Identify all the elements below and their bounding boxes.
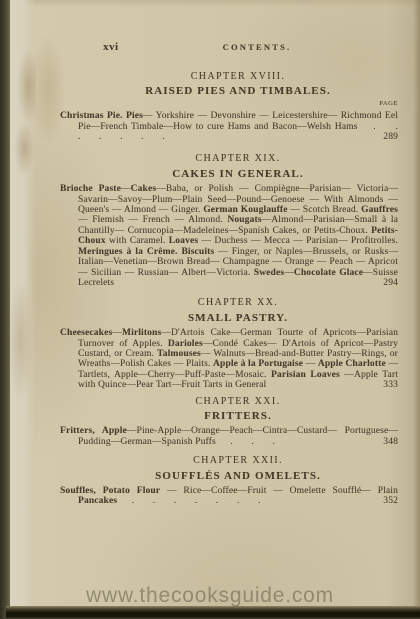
scan-left-border [0,0,10,619]
chapter-heading: CHAPTER XVIII. [60,72,398,82]
folio-number: xvi [103,42,119,52]
chapter-entry: Christmas Pie. Pies— Yorkshire — Devonsh… [60,111,398,142]
chapter-title: RAISED PIES AND TIMBALES. [60,86,398,96]
chapter-entry: Fritters, Apple—Pine-Apple—Orange—Peach—… [60,426,398,447]
scan-bottom-edge [6,606,420,619]
chapter-section-xx: CHAPTER XX. SMALL PASTRY. Cheesecakes—Mi… [60,298,398,390]
chapter-heading: CHAPTER XX. [60,298,398,308]
scan-right-shadow [413,0,420,619]
chapter-title: SMALL PASTRY. [60,313,398,323]
entry-text: Christmas Pie. Pies— Yorkshire — Devonsh… [60,111,398,131]
chapter-section-xix: CHAPTER XIX. CAKES IN GENERAL. Brioche P… [60,154,398,288]
entry-page-number: 289 [383,132,398,142]
chapter-heading: CHAPTER XIX. [60,154,398,164]
chapter-section-xviii: CHAPTER XVIII. RAISED PIES AND TIMBALES.… [60,72,398,142]
entry-page-number: 352 [383,496,398,506]
dot-leader: . . . [230,437,275,447]
entry-text: Brioche Paste—Cakes—Baba, or Polish — Co… [60,184,398,288]
dot-leader: . . . . . . . [132,496,261,506]
entry-page-number: 294 [383,278,398,288]
chapter-title: SOUFFLÉS AND OMELETS. [60,471,398,481]
page-column-label: PAGE [60,99,398,109]
entry-page-number: 348 [383,437,398,447]
entry-text: Cheesecakes—Mirlitons—D'Artois Cake—Germ… [60,328,398,390]
page-content: xvi CONTENTS. CHAPTER XVIII. RAISED PIES… [60,42,398,507]
chapter-heading: CHAPTER XXI. [60,397,398,407]
entry-text: Fritters, Apple—Pine-Apple—Orange—Peach—… [60,426,398,446]
chapter-title: CAKES IN GENERAL. [60,169,398,179]
chapter-entry: Souffles, Potato Flour — Rice—Coffee—Fru… [60,486,398,507]
chapter-entry: Cheesecakes—Mirlitons—D'Artois Cake—Germ… [60,328,398,390]
scanned-book-page: xvi CONTENTS. CHAPTER XVIII. RAISED PIES… [0,0,420,619]
entry-page-number: 333 [383,380,398,390]
chapter-section-xxi: CHAPTER XXI. FRITTERS. Fritters, Apple—P… [60,397,398,448]
chapter-heading: CHAPTER XXII. [60,456,398,466]
chapter-title: FRITTERS. [60,411,398,421]
chapter-entry: Brioche Paste—Cakes—Baba, or Polish — Co… [60,184,398,288]
chapter-section-xxii: CHAPTER XXII. SOUFFLÉS AND OMELETS. Souf… [60,456,398,507]
page-header: xvi CONTENTS. [60,42,398,55]
watermark-text: www.thecooksguide.com [0,584,420,608]
